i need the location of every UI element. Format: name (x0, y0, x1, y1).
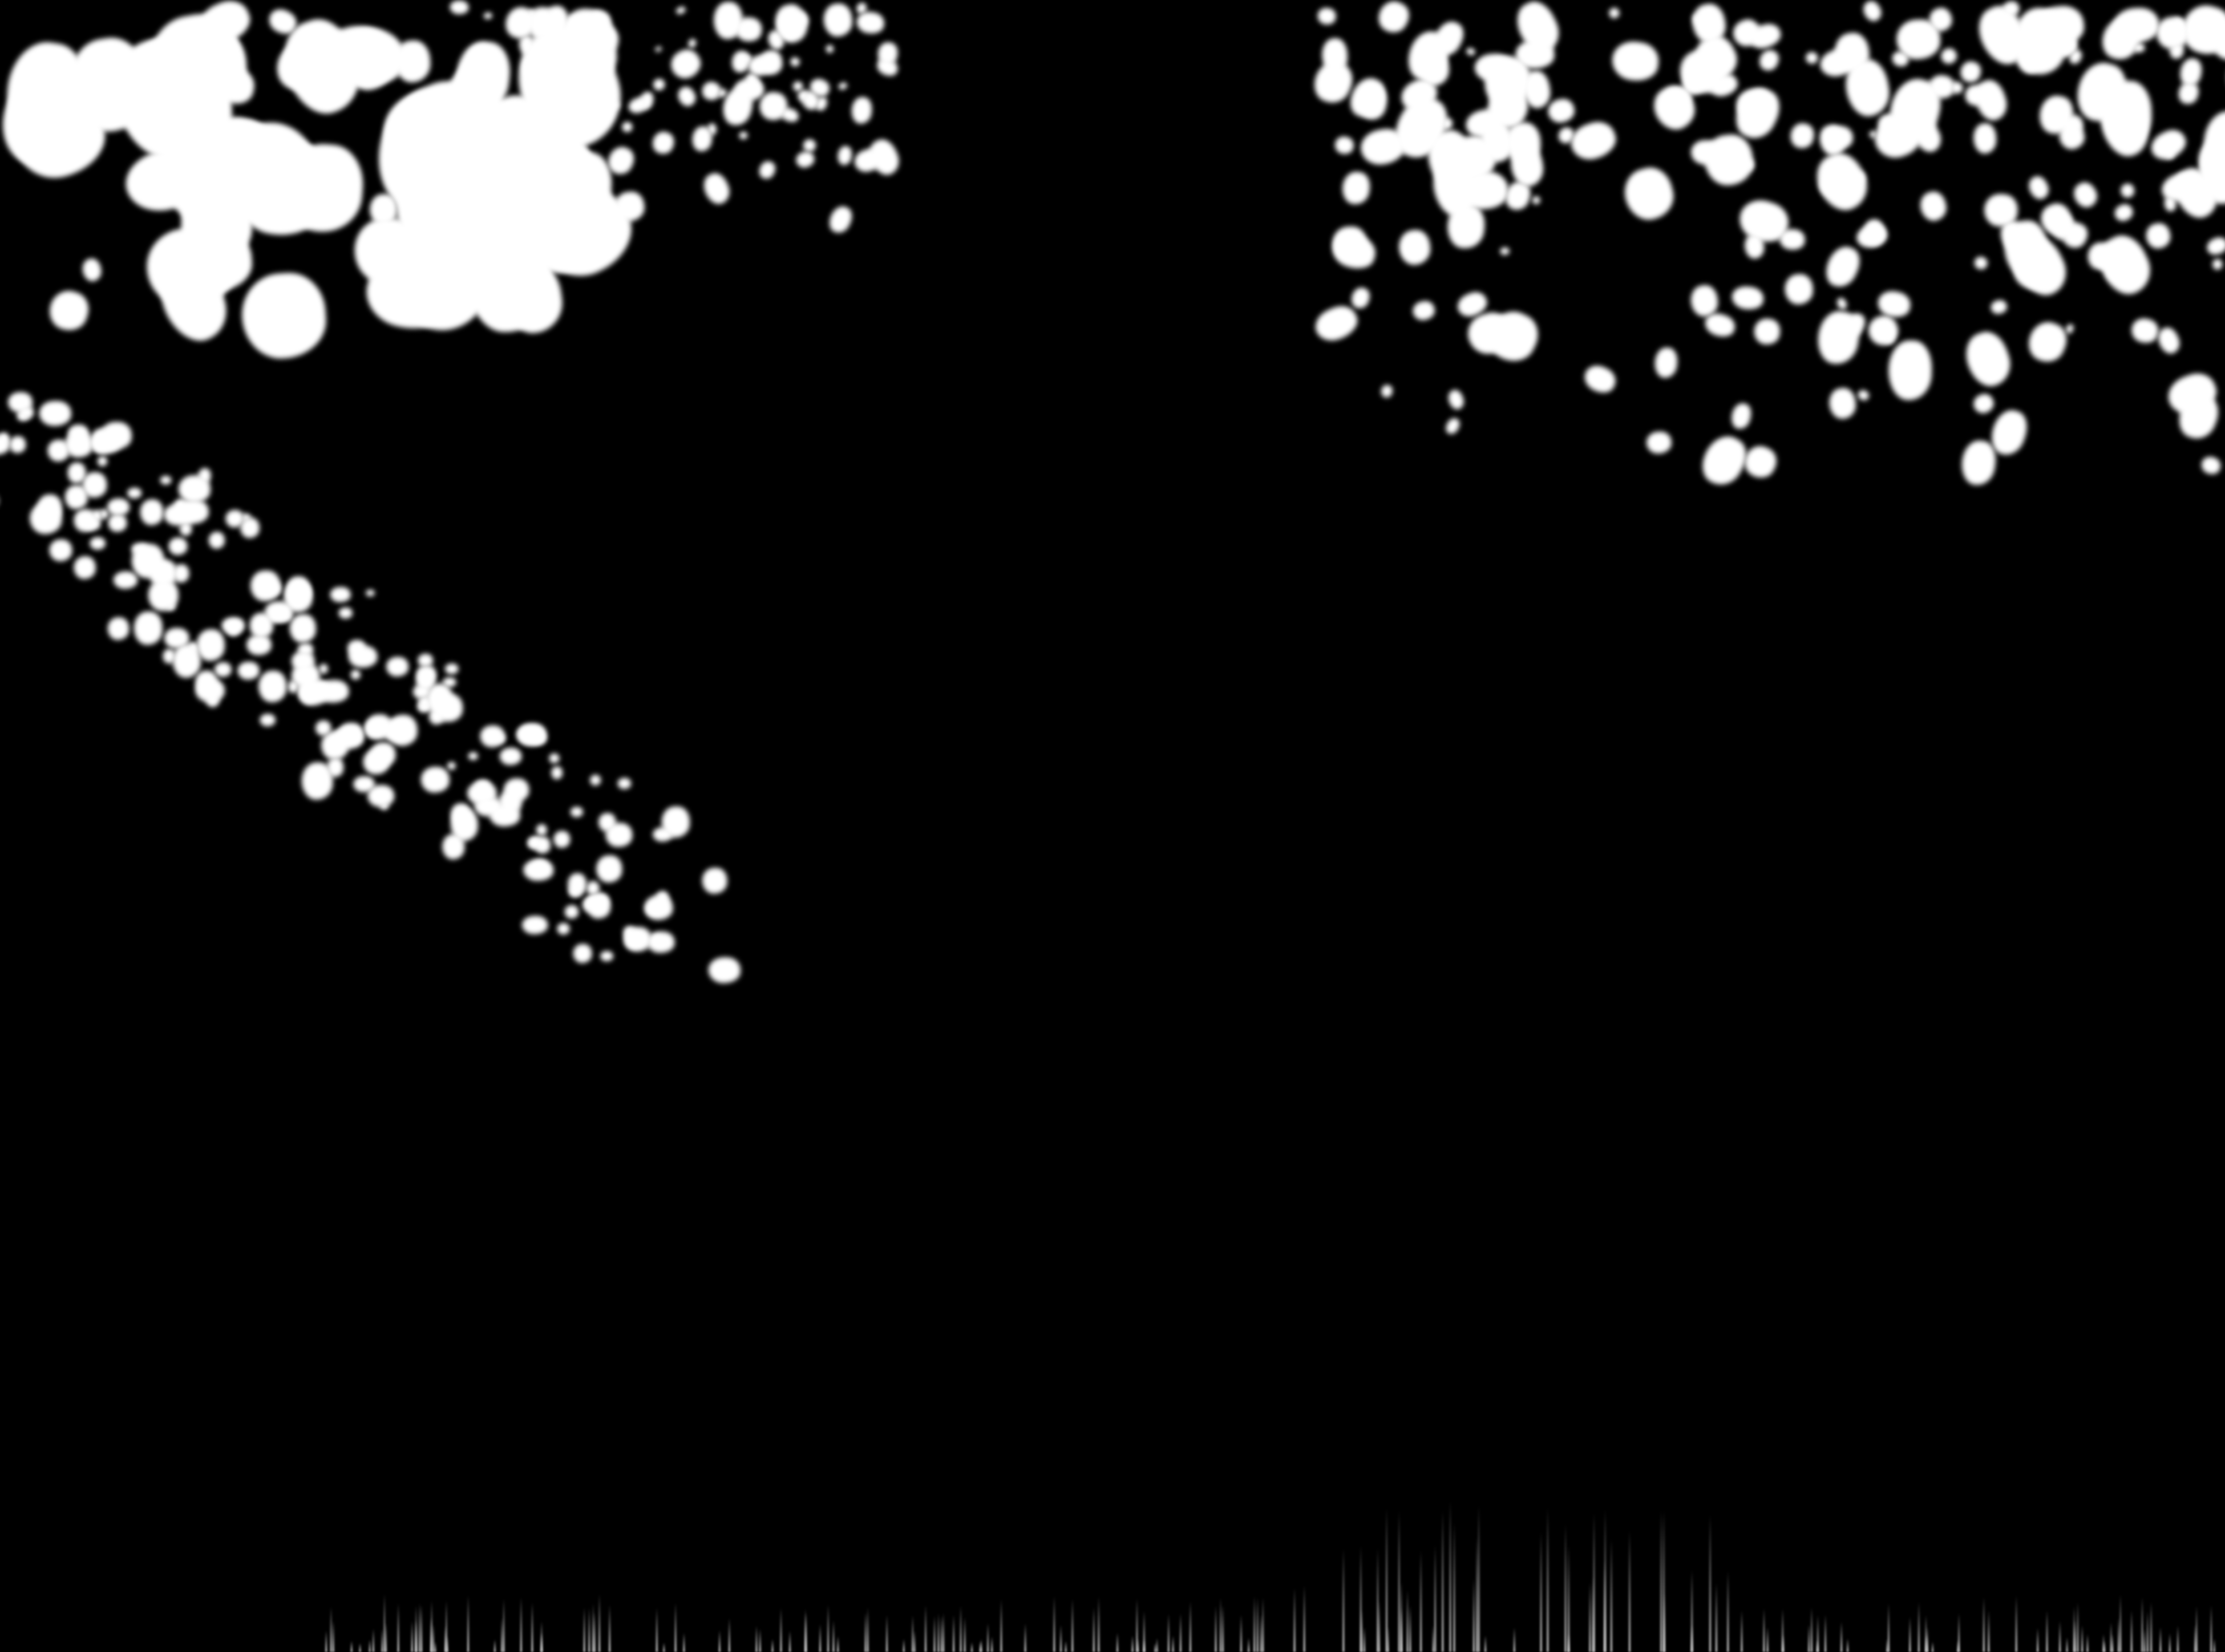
light-patch (825, 45, 835, 54)
light-patch (91, 510, 102, 522)
grass-streak (2196, 1606, 2197, 1652)
light-patch (90, 537, 105, 550)
grass-streak (1660, 1511, 1662, 1652)
light-patch (675, 84, 699, 109)
light-patch (107, 498, 129, 516)
light-patch (687, 38, 697, 49)
light-patch (544, 107, 564, 130)
grass-streak (1400, 1608, 1402, 1652)
grass-streak (2210, 1605, 2212, 1652)
light-patch (1619, 163, 1678, 224)
light-patch (65, 485, 87, 509)
grass-streak (1453, 1523, 1455, 1652)
grass-streak (520, 1597, 522, 1652)
light-patch (386, 657, 409, 676)
light-patch (1971, 77, 2011, 124)
grass-streak (1782, 1635, 1784, 1652)
grass-streak (1072, 1599, 1073, 1652)
light-patch (801, 137, 818, 154)
light-patch (351, 670, 360, 680)
light-patch (339, 723, 363, 744)
light-patch (269, 611, 284, 622)
light-patch (366, 714, 392, 739)
light-patch (1779, 228, 1805, 251)
light-patch (1820, 242, 1865, 292)
grass-streak (1407, 1590, 1408, 1652)
light-patch (1788, 121, 1816, 150)
light-patch (504, 778, 529, 802)
light-patch (195, 671, 217, 693)
grass-streak (1565, 1524, 1566, 1652)
light-patch (240, 518, 260, 538)
light-patch (2023, 317, 2072, 368)
light-patch (169, 538, 188, 555)
light-patch (1918, 189, 1949, 223)
light-patch (1958, 59, 1983, 85)
light-patch (418, 654, 433, 667)
light-patch (9, 436, 26, 453)
light-patch (173, 564, 189, 583)
light-patch (644, 895, 673, 920)
grass-streak (384, 1594, 385, 1652)
light-patch (700, 170, 734, 208)
light-patch (160, 476, 171, 484)
light-patch (1500, 247, 1509, 255)
grass-streak (1222, 1605, 1224, 1652)
light-patch (1856, 389, 1870, 402)
light-patch (1580, 361, 1620, 397)
light-patch (164, 504, 194, 526)
light-patch (316, 721, 331, 736)
light-patch (536, 824, 547, 836)
grass-streak (833, 1620, 834, 1652)
grass-streak (2120, 1595, 2121, 1652)
light-patch (554, 831, 570, 848)
light-patch (1446, 388, 1466, 411)
grass-streak (2081, 1625, 2083, 1652)
grass-streak (837, 1636, 839, 1652)
light-patch (557, 923, 570, 935)
light-patch (2221, 53, 2225, 110)
grass-streak (1262, 1598, 1264, 1652)
grass-streak (1540, 1532, 1542, 1652)
light-patch (222, 617, 245, 634)
light-patch (1349, 285, 1372, 311)
light-patch (600, 951, 613, 961)
light-patch (298, 679, 329, 706)
light-patch (483, 12, 493, 20)
light-patch (127, 488, 142, 498)
light-patch (134, 611, 162, 645)
light-patch (447, 762, 456, 770)
grass-streak (1709, 1515, 1711, 1652)
grass-streak (1098, 1597, 1100, 1652)
light-patch (1333, 134, 1356, 156)
grass-streak (599, 1594, 600, 1652)
light-patch (197, 629, 225, 661)
light-patch (653, 79, 665, 90)
grass-streak (397, 1603, 399, 1652)
grass-streak (914, 1631, 915, 1652)
light-patch (587, 896, 597, 907)
grass-streak (592, 1604, 594, 1652)
grass-streak (1168, 1614, 1169, 1652)
light-patch (789, 56, 801, 68)
light-patch (756, 159, 778, 182)
grass-streak (2160, 1627, 2161, 1652)
grass-streak (960, 1606, 962, 1652)
grass-streak (819, 1624, 821, 1652)
grass-streak (2073, 1607, 2075, 1652)
grass-streak (2103, 1634, 2104, 1652)
grass-streak (372, 1629, 374, 1652)
grass-streak (2015, 1596, 2017, 1652)
grass-streak (1592, 1576, 1594, 1652)
light-patch (2155, 325, 2183, 357)
light-patch (140, 499, 164, 525)
grass-streak (759, 1629, 761, 1652)
grass-streak (1727, 1571, 1729, 1652)
light-patch (590, 775, 601, 786)
grass-streak (1360, 1546, 1362, 1652)
grass-streak (1189, 1601, 1191, 1652)
light-patch (2213, 259, 2222, 270)
grass-streak (943, 1613, 944, 1652)
light-patch (49, 539, 72, 561)
grass-streak (1154, 1643, 1156, 1652)
grass-streak (1568, 1634, 1570, 1652)
grass-streak (938, 1613, 939, 1652)
light-patch (691, 126, 713, 152)
grass-streak (1958, 1613, 1960, 1652)
light-patch (1972, 254, 1990, 271)
grass-streak (903, 1639, 905, 1652)
light-patch (1731, 284, 1765, 311)
light-patch (416, 671, 435, 691)
grass-streak (583, 1607, 585, 1652)
light-patch (1990, 299, 2008, 316)
light-patch (522, 916, 548, 934)
grass-streak (609, 1605, 611, 1652)
light-patch (74, 556, 96, 579)
light-patch (108, 514, 127, 532)
grass-streak (1180, 1613, 1181, 1652)
grass-streak (867, 1607, 869, 1652)
light-patch (1465, 47, 1476, 56)
light-patch (1752, 317, 1782, 346)
grass-streak (1763, 1608, 1765, 1652)
light-patch (702, 868, 727, 894)
grass-streak (1093, 1607, 1095, 1652)
grass-streak (1886, 1639, 1888, 1652)
light-patch (97, 456, 107, 466)
light-patch (532, 860, 547, 875)
grass-streak (1988, 1610, 1990, 1652)
grass-streak (1513, 1628, 1515, 1652)
grass-streak (430, 1618, 432, 1652)
grass-streak (756, 1626, 757, 1652)
grass-streak (1847, 1639, 1849, 1652)
light-patch (2070, 178, 2101, 211)
light-patch (569, 886, 582, 897)
light-patch (822, 2, 854, 37)
light-patch (1374, 0, 1414, 38)
grass-streak (1824, 1615, 1826, 1652)
light-patch (1865, 312, 1901, 348)
grass-streak (1926, 1627, 1928, 1652)
light-patch (1860, 0, 1884, 24)
grass-streak (2037, 1628, 2039, 1652)
light-patch (1973, 123, 1997, 154)
grass-streak (1983, 1597, 1985, 1652)
light-patch (239, 271, 328, 360)
light-patch (39, 401, 71, 426)
grass-streak (2046, 1610, 2048, 1652)
light-patch (68, 462, 86, 483)
light-patch (451, 803, 471, 826)
grass-streak (1137, 1639, 1139, 1652)
grass-streak (1172, 1636, 1174, 1652)
light-patch (855, 10, 885, 35)
grass-streak (987, 1623, 989, 1652)
light-patch (653, 827, 672, 842)
light-patch (1316, 6, 1338, 26)
light-patch (1610, 39, 1661, 83)
grass-streak (494, 1640, 496, 1652)
light-patch (1876, 288, 1913, 320)
grass-streak (1691, 1625, 1693, 1652)
grass-streak (1909, 1617, 1911, 1652)
light-patch (570, 807, 583, 818)
grass-streak (1918, 1602, 1920, 1652)
grass-streak (1485, 1636, 1486, 1652)
grass-streak (1000, 1599, 1002, 1652)
grass-streak (1060, 1625, 1062, 1652)
light-patch (1380, 384, 1394, 398)
light-patch (164, 628, 189, 648)
light-patch (1939, 46, 1959, 65)
grass-streak (1663, 1592, 1665, 1652)
light-patch (290, 614, 316, 643)
light-patch (2112, 202, 2135, 223)
light-patch (319, 664, 328, 674)
grass-streak (2144, 1629, 2145, 1652)
grass-streak (1409, 1605, 1411, 1652)
grass-streak (991, 1636, 993, 1652)
light-patch (17, 411, 29, 421)
grass-streak (434, 1642, 436, 1652)
grass-streak (2169, 1633, 2171, 1652)
grass-streak (541, 1621, 542, 1652)
grass-streak (663, 1643, 665, 1652)
grass-streak (1420, 1551, 1422, 1652)
grass-streak (865, 1612, 866, 1652)
light-patch (206, 692, 219, 707)
light-patch (91, 433, 120, 454)
grass-streak (1816, 1640, 1818, 1652)
grass-streak (467, 1595, 469, 1652)
light-patch (339, 607, 352, 618)
light-patch (214, 662, 231, 677)
light-patch (2113, 7, 2160, 44)
grass-streak (780, 1608, 782, 1652)
light-patch (421, 767, 449, 793)
light-patch (2064, 323, 2075, 334)
light-patch (1729, 401, 1753, 431)
light-patch (370, 742, 396, 767)
foliage-photo: Very dark, high-contrast photograph of s… (0, 0, 2225, 1652)
grass-streak (1932, 1642, 1934, 1652)
light-patch (442, 834, 465, 859)
light-patch (131, 543, 149, 555)
light-patch (286, 576, 310, 603)
light-patch (65, 431, 93, 458)
grass-streak (964, 1617, 966, 1652)
light-patch (1740, 441, 1782, 483)
grass-streak (805, 1612, 807, 1652)
grass-streak (1248, 1638, 1250, 1652)
light-patch (655, 45, 663, 53)
grass-streak (1604, 1510, 1606, 1652)
light-patch (1828, 387, 1857, 420)
light-patch (549, 753, 559, 763)
grass-streak (411, 1621, 413, 1652)
light-patch (622, 122, 632, 133)
grass-streak (1303, 1586, 1305, 1652)
grass-streak (503, 1599, 505, 1652)
grass-streak (953, 1615, 955, 1652)
light-patch (1412, 299, 1436, 322)
grass-streak (827, 1605, 829, 1652)
light-patch (108, 617, 129, 640)
grass-streak (415, 1606, 417, 1652)
grass-streak (1215, 1606, 1217, 1652)
grass-streak (1808, 1624, 1810, 1652)
light-patch (618, 778, 631, 789)
grass-streak (2077, 1603, 2079, 1652)
light-patch (166, 603, 175, 610)
grass-streak (1547, 1508, 1549, 1652)
grass-streak (941, 1616, 943, 1652)
light-patch (1532, 196, 1541, 205)
light-patch (435, 694, 463, 722)
light-patch (209, 532, 225, 549)
light-patch (163, 649, 175, 663)
grass-streak (1378, 1600, 1380, 1652)
light-patch (445, 664, 458, 675)
light-patch (2199, 454, 2223, 477)
light-patch (596, 855, 622, 883)
light-patch (500, 748, 522, 765)
light-patch (302, 762, 333, 800)
light-patch (489, 804, 520, 826)
light-patch (1608, 7, 1620, 19)
grass-streak (1143, 1611, 1145, 1652)
grass-streak (2147, 1612, 2148, 1652)
grass-streak (385, 1623, 387, 1652)
light-patch (1836, 296, 1849, 311)
light-patch (2120, 183, 2136, 199)
light-patch (566, 16, 580, 35)
grass-streak (1629, 1531, 1630, 1652)
grass-streak (2213, 1639, 2215, 1652)
light-patch (259, 671, 287, 702)
grass-streak (381, 1629, 383, 1652)
grass-streak (330, 1607, 332, 1652)
light-patch (368, 785, 394, 807)
light-patch (606, 823, 632, 847)
grass-streak (1478, 1506, 1480, 1652)
grass-streak (531, 1603, 533, 1652)
grass-streak (1841, 1622, 1842, 1652)
light-patch (1690, 284, 1719, 318)
grass-streak (1343, 1549, 1344, 1652)
grass-streak (1065, 1641, 1067, 1652)
grass-streak (325, 1631, 327, 1652)
grass-streak (2066, 1637, 2068, 1652)
light-patch (2129, 316, 2161, 346)
light-patch (366, 590, 375, 596)
light-patch (1654, 347, 1679, 379)
light-patch (1960, 327, 2016, 392)
grass-streak (719, 1630, 720, 1652)
light-patch (2205, 235, 2225, 257)
grass-streak (1387, 1626, 1389, 1652)
grass-streak (2150, 1602, 2152, 1652)
grass-streak (1156, 1638, 1158, 1652)
light-patch (1546, 97, 1577, 125)
grass-streak (934, 1616, 935, 1652)
light-patch (565, 905, 578, 919)
grass-streak (1294, 1588, 1295, 1652)
grass-streak (1442, 1511, 1444, 1652)
light-patch (1804, 50, 1819, 65)
grass-streak (1240, 1615, 1242, 1652)
grass-streak (772, 1639, 773, 1652)
light-patch (734, 79, 764, 101)
grass-streak (1053, 1596, 1055, 1652)
light-patch (1646, 431, 1672, 454)
light-patch (1888, 340, 1933, 401)
light-patch (1443, 416, 1462, 437)
light-patch (1311, 301, 1362, 346)
light-patch (667, 45, 706, 83)
grass-streak (1473, 1578, 1475, 1652)
light-patch (1398, 229, 1432, 266)
grass-streak (971, 1642, 973, 1652)
grass-streak (1811, 1607, 1812, 1652)
grass-streak (1741, 1611, 1743, 1652)
light-patch (794, 150, 816, 170)
light-patch (238, 662, 259, 680)
grass-streak (2131, 1610, 2132, 1652)
grass-streak (886, 1615, 888, 1652)
grass-streak (1767, 1627, 1768, 1652)
light-patch (517, 725, 543, 744)
image-description: Very dark, high-contrast photograph of s… (0, 0, 0, 0)
light-patch (113, 571, 138, 588)
light-patch (450, 0, 469, 15)
grass-streak (1398, 1511, 1400, 1652)
light-patch (251, 571, 280, 601)
grass-streak (2118, 1618, 2120, 1652)
light-patch (198, 468, 211, 483)
grass-streak (1260, 1614, 1262, 1652)
light-patch (647, 931, 675, 953)
light-patch (30, 503, 62, 534)
grass-streak (1449, 1501, 1451, 1652)
grass-streak (728, 1618, 730, 1652)
